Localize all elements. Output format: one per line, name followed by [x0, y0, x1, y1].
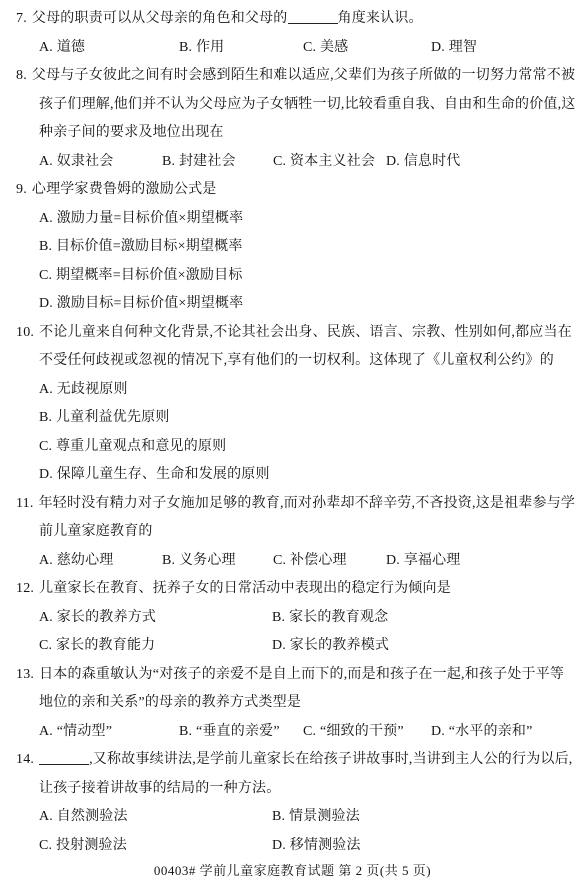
question-8-stem: 8.父母与子女彼此之间有时会感到陌生和难以适应,父辈们为孩子所做的一切努力常常不… — [8, 62, 577, 148]
stem-text: 父母的职责可以从父母亲的角色和父母的 — [32, 11, 288, 26]
option-d: D. 信息时代 — [386, 148, 577, 177]
question-14-options: A. 自然测验法 B. 情景测验法 C. 投射测验法 D. 移情测验法 — [39, 803, 577, 860]
option-a: A. “情动型” — [39, 718, 179, 747]
option-a: A. 家长的教养方式 — [39, 604, 272, 633]
option-c: C. 补偿心理 — [273, 547, 386, 576]
option-c: C. 尊重儿童观点和意见的原则 — [39, 433, 577, 462]
option-c: C. 期望概率=目标价值×激励目标 — [39, 262, 577, 291]
question-number: 10. — [16, 325, 34, 340]
question-14: 14.,又称故事续讲法,是学前儿童家长在给孩子讲故事时,当讲到主人公的行为以后,… — [8, 746, 577, 860]
question-9: 9.心理学家费鲁姆的激励公式是 A. 激励力量=目标价值×期望概率 B. 目标价… — [8, 176, 577, 319]
option-d: D. 移情测验法 — [272, 832, 577, 861]
question-10-options: A. 无歧视原则 B. 儿童利益优先原则 C. 尊重儿童观点和意见的原则 D. … — [39, 376, 577, 490]
question-10: 10.不论儿童来自何种文化背景,不论其社会出身、民族、语言、宗教、性别如何,都应… — [8, 319, 577, 490]
stem-text: ,又称故事续讲法,是学前儿童家长在给孩子讲故事时,当讲到主人公的行为以后,让孩子… — [39, 752, 573, 796]
option-b: B. 儿童利益优先原则 — [39, 404, 577, 433]
question-number: 13. — [16, 667, 34, 682]
option-a: A. 激励力量=目标价值×期望概率 — [39, 205, 577, 234]
question-number: 11. — [16, 496, 34, 511]
option-c: C. 美感 — [303, 34, 431, 63]
stem-text: 不论儿童来自何种文化背景,不论其社会出身、民族、语言、宗教、性别如何,都应当在不… — [39, 325, 572, 369]
question-11: 11.年轻时没有精力对子女施加足够的教育,而对孙辈却不辞辛劳,不吝投资,这是祖辈… — [8, 490, 577, 576]
question-number: 8. — [16, 68, 27, 83]
question-12-options: A. 家长的教养方式 B. 家长的教育观念 C. 家长的教育能力 D. 家长的教… — [39, 604, 577, 661]
option-d: D. 保障儿童生存、生命和发展的原则 — [39, 461, 577, 490]
option-d: D. “水平的亲和” — [431, 718, 577, 747]
stem-text: 心理学家费鲁姆的激励公式是 — [32, 182, 217, 197]
option-b: B. 义务心理 — [162, 547, 273, 576]
stem-text: 角度来认识。 — [338, 11, 423, 26]
question-8: 8.父母与子女彼此之间有时会感到陌生和难以适应,父辈们为孩子所做的一切努力常常不… — [8, 62, 577, 176]
option-d: D. 家长的教养模式 — [272, 632, 577, 661]
question-7: 7.父母的职责可以从父母亲的角色和父母的角度来认识。 A. 道德 B. 作用 C… — [8, 5, 577, 62]
option-c: C. 家长的教育能力 — [39, 632, 272, 661]
question-13-stem: 13.日本的森重敏认为“对孩子的亲爱不是自上而下的,而是和孩子在一起,和孩子处于… — [8, 661, 577, 718]
stem-text: 年轻时没有精力对子女施加足够的教育,而对孙辈却不辞辛劳,不吝投资,这是祖辈参与学… — [39, 496, 576, 540]
stem-text: 儿童家长在教育、抚养子女的日常活动中表现出的稳定行为倾向是 — [39, 581, 451, 596]
option-a: A. 慈幼心理 — [39, 547, 162, 576]
fill-in-blank — [39, 751, 89, 765]
question-7-options: A. 道德 B. 作用 C. 美感 D. 理智 — [39, 34, 577, 63]
stem-text: 父母与子女彼此之间有时会感到陌生和难以适应,父辈们为孩子所做的一切努力常常不被孩… — [32, 68, 576, 140]
question-13-options: A. “情动型” B. “垂直的亲爱” C. “细致的干预” D. “水平的亲和… — [39, 718, 577, 747]
option-d: D. 激励目标=目标价值×期望概率 — [39, 290, 577, 319]
exam-page: 7.父母的职责可以从父母亲的角色和父母的角度来认识。 A. 道德 B. 作用 C… — [0, 0, 585, 885]
option-a: A. 奴隶社会 — [39, 148, 162, 177]
fill-in-blank — [288, 10, 338, 24]
question-10-stem: 10.不论儿童来自何种文化背景,不论其社会出身、民族、语言、宗教、性别如何,都应… — [8, 319, 577, 376]
question-9-options: A. 激励力量=目标价值×期望概率 B. 目标价值=激励目标×期望概率 C. 期… — [39, 205, 577, 319]
question-8-options: A. 奴隶社会 B. 封建社会 C. 资本主义社会 D. 信息时代 — [39, 148, 577, 177]
question-12-stem: 12.儿童家长在教育、抚养子女的日常活动中表现出的稳定行为倾向是 — [8, 575, 577, 604]
option-a: A. 道德 — [39, 34, 179, 63]
option-b: B. 目标价值=激励目标×期望概率 — [39, 233, 577, 262]
question-7-stem: 7.父母的职责可以从父母亲的角色和父母的角度来认识。 — [8, 5, 577, 34]
question-number: 7. — [16, 11, 27, 26]
option-c: C. “细致的干预” — [303, 718, 431, 747]
option-b: B. “垂直的亲爱” — [179, 718, 303, 747]
question-14-stem: 14.,又称故事续讲法,是学前儿童家长在给孩子讲故事时,当讲到主人公的行为以后,… — [8, 746, 577, 803]
option-a: A. 无歧视原则 — [39, 376, 577, 405]
option-b: B. 情景测验法 — [272, 803, 577, 832]
question-11-stem: 11.年轻时没有精力对子女施加足够的教育,而对孙辈却不辞辛劳,不吝投资,这是祖辈… — [8, 490, 577, 547]
question-number: 14. — [16, 752, 34, 767]
page-footer: 00403# 学前儿童家庭教育试题 第 2 页(共 5 页) — [8, 860, 577, 882]
stem-text: 日本的森重敏认为“对孩子的亲爱不是自上而下的,而是和孩子在一起,和孩子处于平等地… — [39, 667, 564, 711]
option-c: C. 投射测验法 — [39, 832, 272, 861]
question-13: 13.日本的森重敏认为“对孩子的亲爱不是自上而下的,而是和孩子在一起,和孩子处于… — [8, 661, 577, 747]
question-number: 9. — [16, 182, 27, 197]
option-d: D. 享福心理 — [386, 547, 577, 576]
option-d: D. 理智 — [431, 34, 577, 63]
option-b: B. 家长的教育观念 — [272, 604, 577, 633]
option-b: B. 封建社会 — [162, 148, 273, 177]
question-9-stem: 9.心理学家费鲁姆的激励公式是 — [8, 176, 577, 205]
option-b: B. 作用 — [179, 34, 303, 63]
option-a: A. 自然测验法 — [39, 803, 272, 832]
option-c: C. 资本主义社会 — [273, 148, 386, 177]
question-number: 12. — [16, 581, 34, 596]
question-11-options: A. 慈幼心理 B. 义务心理 C. 补偿心理 D. 享福心理 — [39, 547, 577, 576]
question-12: 12.儿童家长在教育、抚养子女的日常活动中表现出的稳定行为倾向是 A. 家长的教… — [8, 575, 577, 661]
